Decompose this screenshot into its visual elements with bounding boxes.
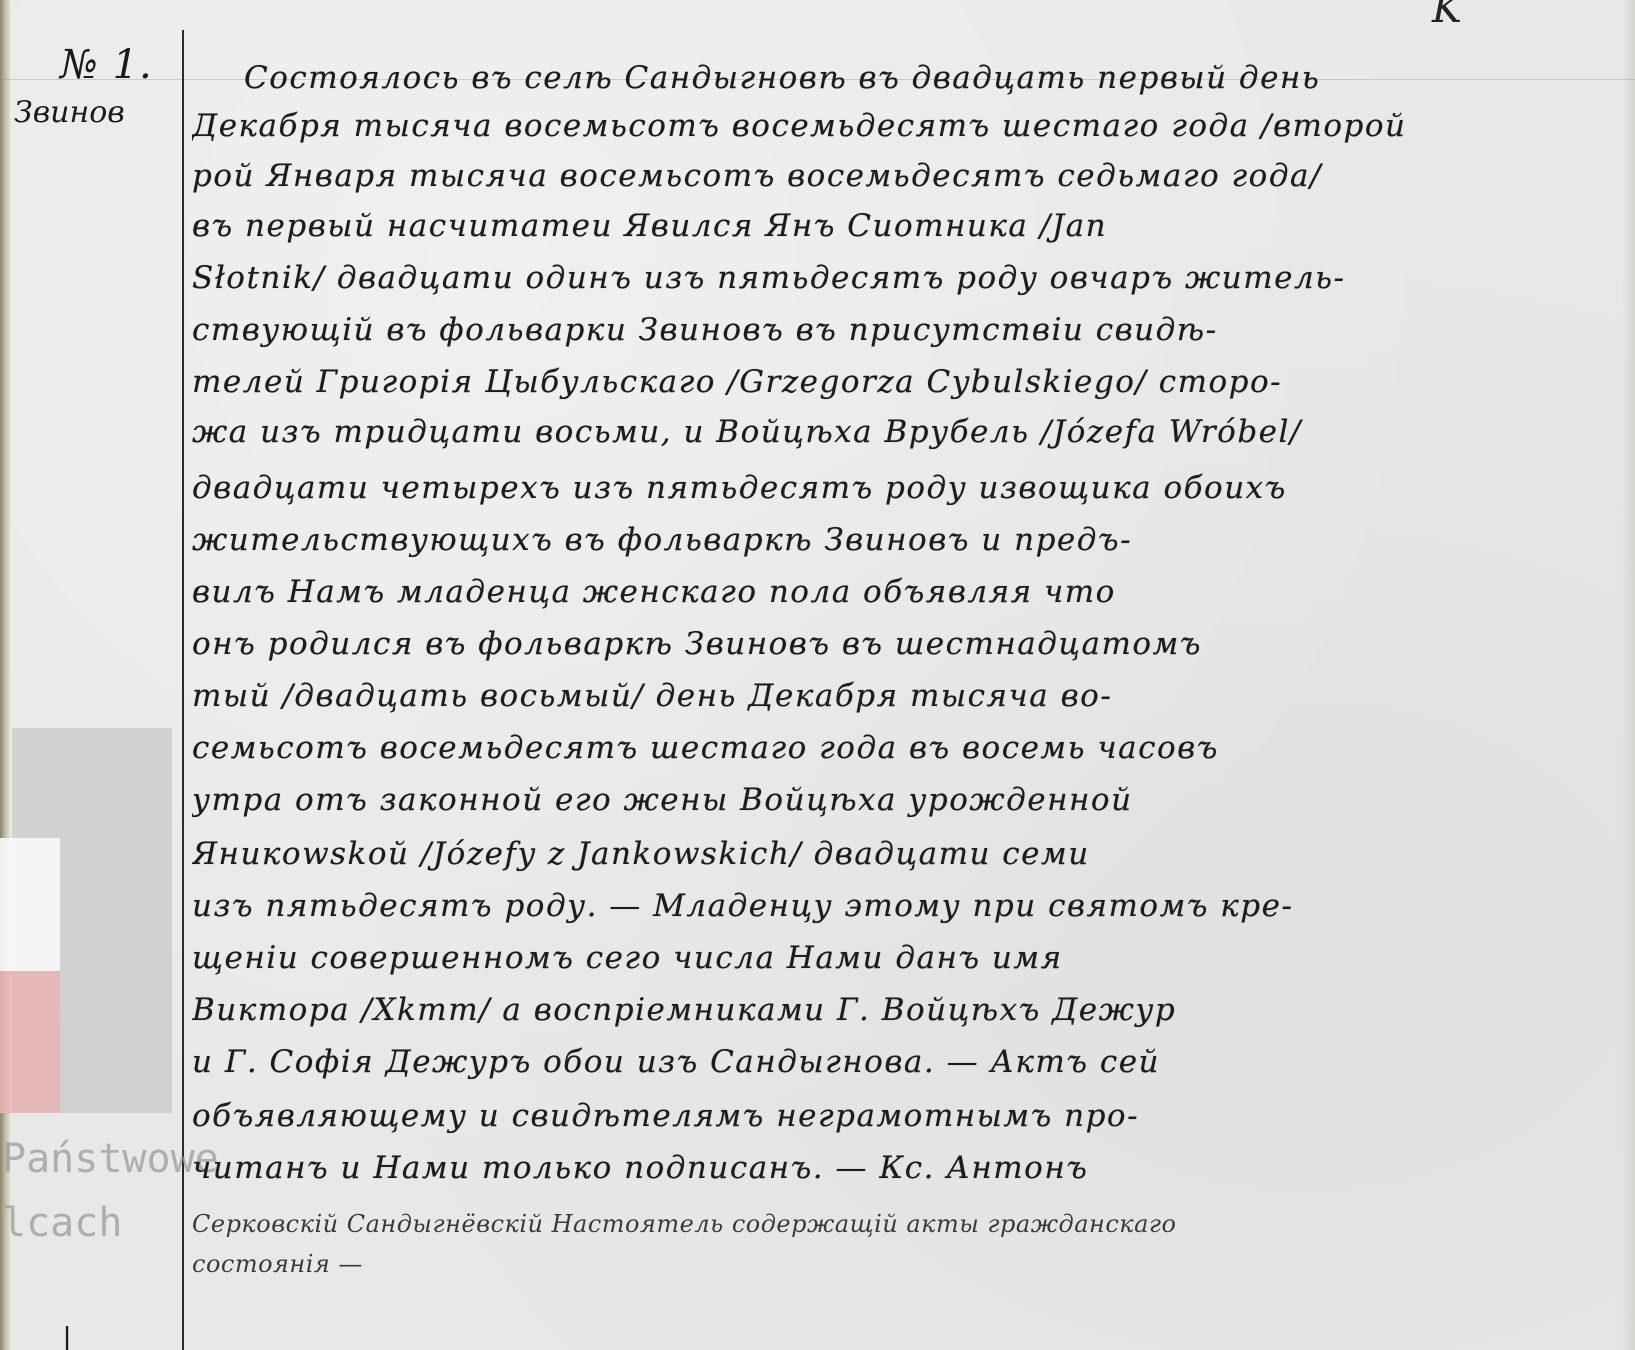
body-line: телей Григорія Цыбульскаго /Grzegorza Cy…: [192, 364, 1607, 400]
body-line: читанъ и Нами только подписанъ. — Кс. Ан…: [192, 1150, 1607, 1186]
watermark-text-line2: lcach: [2, 1200, 122, 1246]
margin-village-name: Звинов: [14, 95, 125, 130]
body-line: ствующій въ фольварки Звиновъ въ присутс…: [192, 312, 1607, 348]
watermark-white-flag-block: [0, 838, 60, 971]
body-line: Виктора /Xkmm/ а воспріемниками Г. Войцѣ…: [192, 992, 1607, 1028]
body-line: Декабря тысяча восемьсотъ восемьдесятъ ш…: [192, 108, 1607, 144]
watermark-text-line1: Państwowe: [2, 1136, 219, 1182]
body-line: онъ родился въ фольваркѣ Звиновъ въ шест…: [192, 626, 1607, 662]
body-line: жа изъ тридцати восьми, и Войцѣха Врубел…: [192, 414, 1607, 450]
body-line: утра отъ законной его жены Войцѣха урожд…: [192, 782, 1607, 818]
body-line: вилъ Намъ младенца женскаго пола объявля…: [192, 574, 1607, 610]
priest-signature-line: Серковскій Сандыгнёвскій Настоятель соде…: [192, 1210, 1607, 1238]
next-entry-margin-start: |: [62, 1322, 72, 1350]
body-line: и Г. Софія Дежуръ обои изъ Сандыгнова. —…: [192, 1044, 1607, 1080]
body-line: щеніи совершенномъ сего числа Нами данъ …: [192, 940, 1607, 976]
body-line: Słotnik/ двадцати одинъ изъ пятьдесятъ р…: [192, 260, 1607, 296]
corner-mark: K: [1432, 0, 1462, 32]
page-right-edge: [1621, 0, 1635, 1350]
body-line: тый /двадцать восьмый/ день Декабря тыся…: [192, 678, 1607, 714]
scanned-document-page: K № 1. Звинов Państwowe lcach Состоялось…: [0, 0, 1635, 1350]
body-line: въ первый насчитатеи Явился Янъ Сиотника…: [192, 208, 1607, 244]
body-line: Яникowskой /Józefy z Jankowskich/ двадца…: [192, 836, 1607, 872]
body-line: семьсотъ восемьдесятъ шестаго года въ во…: [192, 730, 1607, 766]
body-line: изъ пятьдесятъ роду. — Младенцу этому пр…: [192, 888, 1607, 924]
watermark-red-flag-block: [0, 971, 60, 1113]
body-line: двадцати четырехъ изъ пятьдесятъ роду из…: [192, 470, 1607, 506]
body-line: объявляющему и свидѣтелямъ неграмотнымъ …: [192, 1098, 1607, 1134]
entry-number: № 1.: [60, 42, 153, 88]
body-line: жительствующихъ въ фольваркѣ Звиновъ и п…: [192, 522, 1607, 558]
body-line: рой Января тысяча восемьсотъ восемьдесят…: [192, 158, 1607, 194]
body-line: Состоялось въ селѣ Сандыгновѣ въ двадцат…: [192, 60, 1607, 96]
priest-signature-line: состоянія —: [192, 1250, 1607, 1278]
